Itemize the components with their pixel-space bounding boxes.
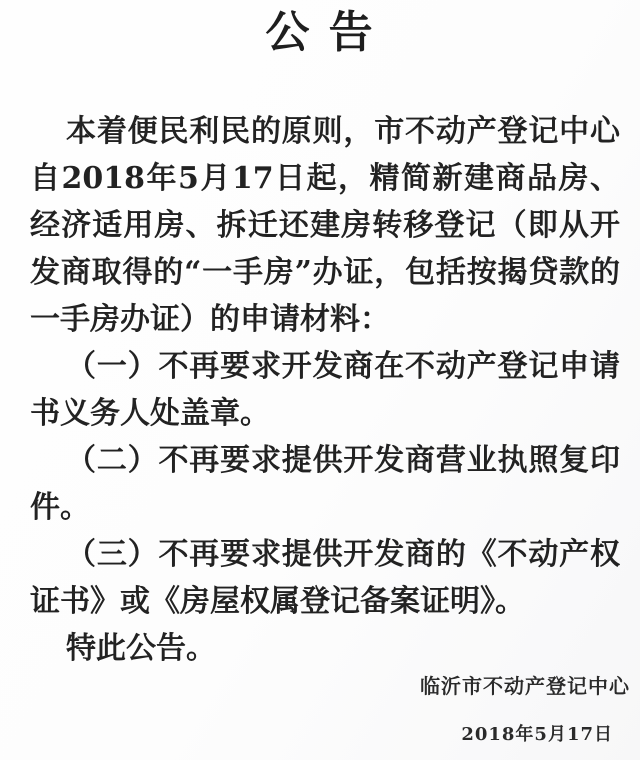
page-title: 公 告 bbox=[0, 0, 640, 64]
intro-paragraph: 本着便民利民的原则，市不动产登记中心自2018年5月17日起，精简新建商品房、经… bbox=[30, 108, 620, 343]
item-1-paragraph: （一）不再要求开发商在不动产登记申请书义务人处盖章。 bbox=[30, 343, 620, 437]
closing-paragraph: 特此公告。 bbox=[30, 625, 620, 672]
item-3-paragraph: （三）不再要求提供开发商的《不动产权证书》或《房屋权属登记备案证明》。 bbox=[30, 531, 620, 625]
issuer-signature: 临沂市不动产登记中心 bbox=[420, 670, 630, 699]
issue-date: 2018年5月17日 bbox=[461, 720, 613, 746]
announcement-page: 公 告 本着便民利民的原则，市不动产登记中心自2018年5月17日起，精简新建商… bbox=[0, 0, 640, 760]
item-2-paragraph: （二）不再要求提供开发商营业执照复印件。 bbox=[30, 437, 620, 531]
document-body: 本着便民利民的原则，市不动产登记中心自2018年5月17日起，精简新建商品房、经… bbox=[0, 64, 640, 672]
